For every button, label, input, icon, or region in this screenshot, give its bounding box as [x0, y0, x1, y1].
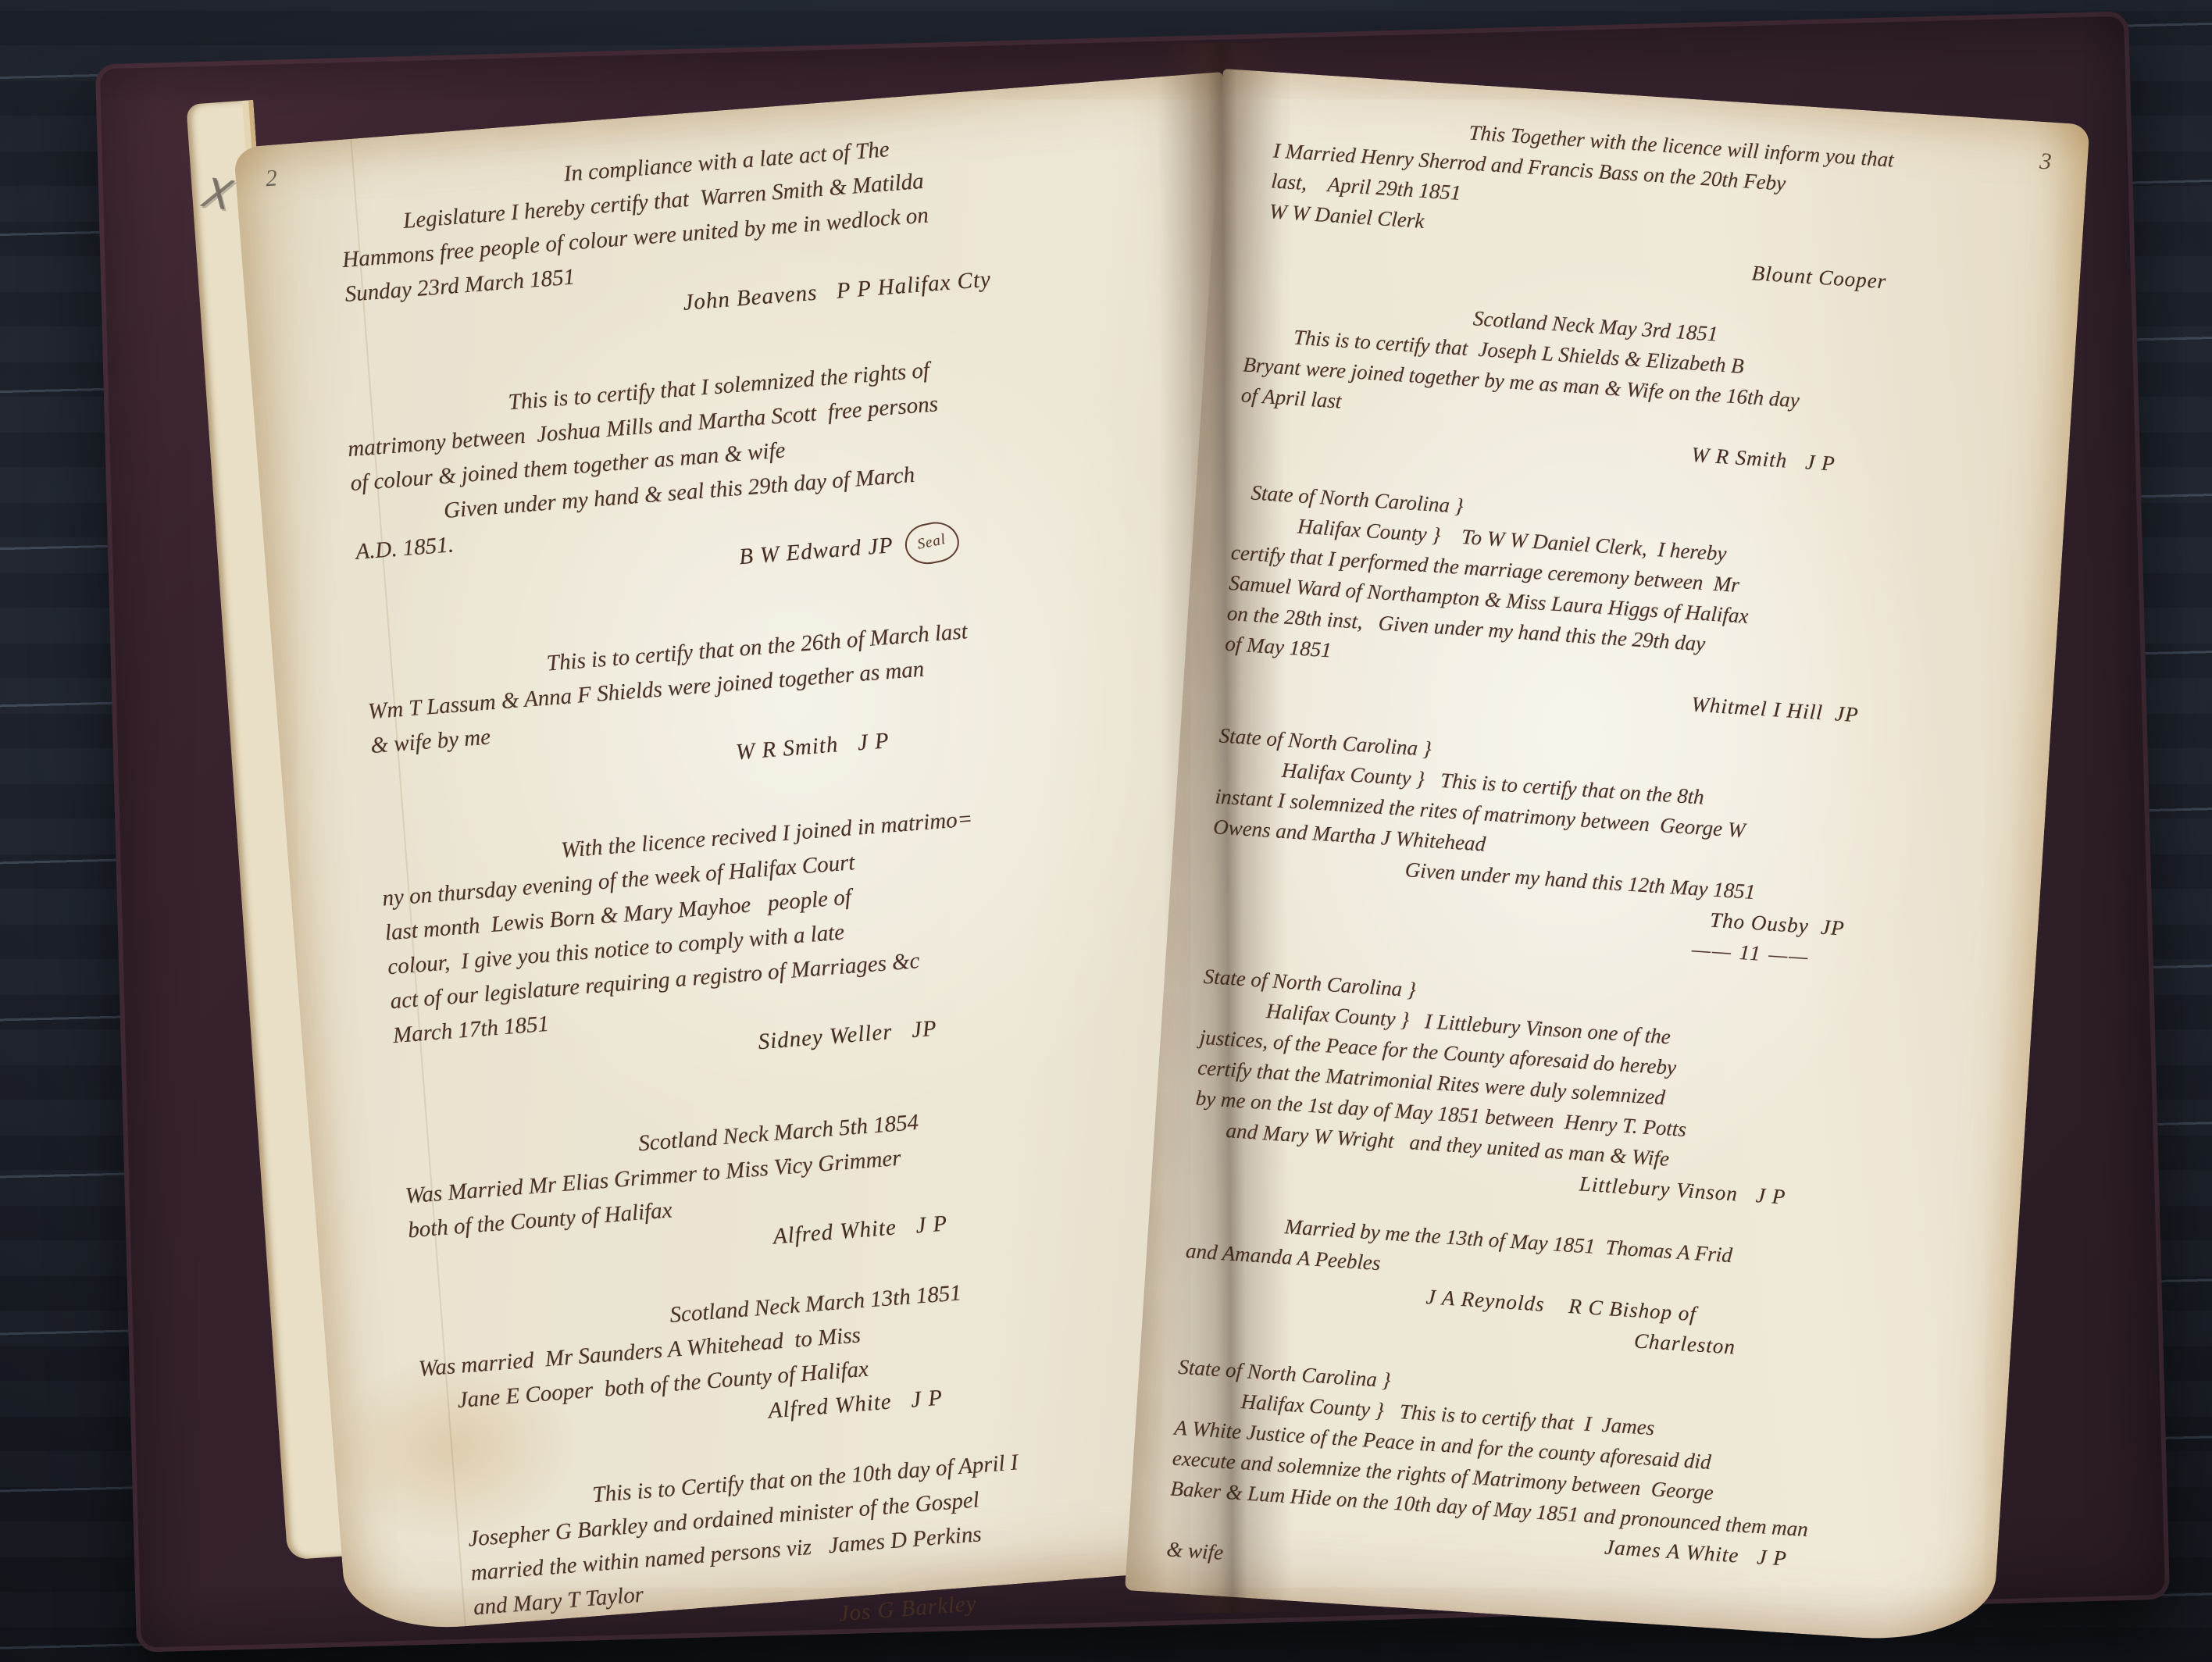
register-entry: This is to certify that on the 26th of M… [328, 594, 1245, 801]
register-entry: State of North Carolina }Halifax County … [1165, 1352, 1986, 1617]
register-entry: Scotland Neck March 5th 1854Was Married … [365, 1078, 1282, 1285]
register-entry: Married by me the 13th of May 1851 Thoma… [1181, 1205, 1996, 1379]
register-entry: This Together with the licence will info… [1250, 104, 2068, 308]
right-page: 3 This Together with the licence will in… [1125, 69, 2090, 1646]
marriage-register-book: X 2 In compliance with a late act of The… [0, 0, 2212, 1662]
register-entry: This is to certify that I solemnized the… [308, 331, 1231, 613]
page-number-left: 2 [265, 165, 279, 192]
right-page-entries: This Together with the licence will info… [1165, 93, 2068, 1617]
register-entry: With the licence recived I joined in mat… [342, 780, 1267, 1090]
register-entry: In compliance with a late act of TheLegi… [291, 109, 1210, 350]
register-entry: Scotland Neck May 3rd 1851This is to cer… [1238, 289, 2055, 493]
register-entry: State of North Carolina }Halifax County … [1191, 961, 2012, 1226]
register-entry: State of North Carolina }Halifax County … [1222, 476, 2043, 741]
register-entry: State of North Carolina }Halifax County … [1207, 720, 2028, 985]
photo-backdrop: X 2 In compliance with a late act of The… [0, 0, 2212, 1662]
pencil-x-mark: X [194, 170, 240, 219]
